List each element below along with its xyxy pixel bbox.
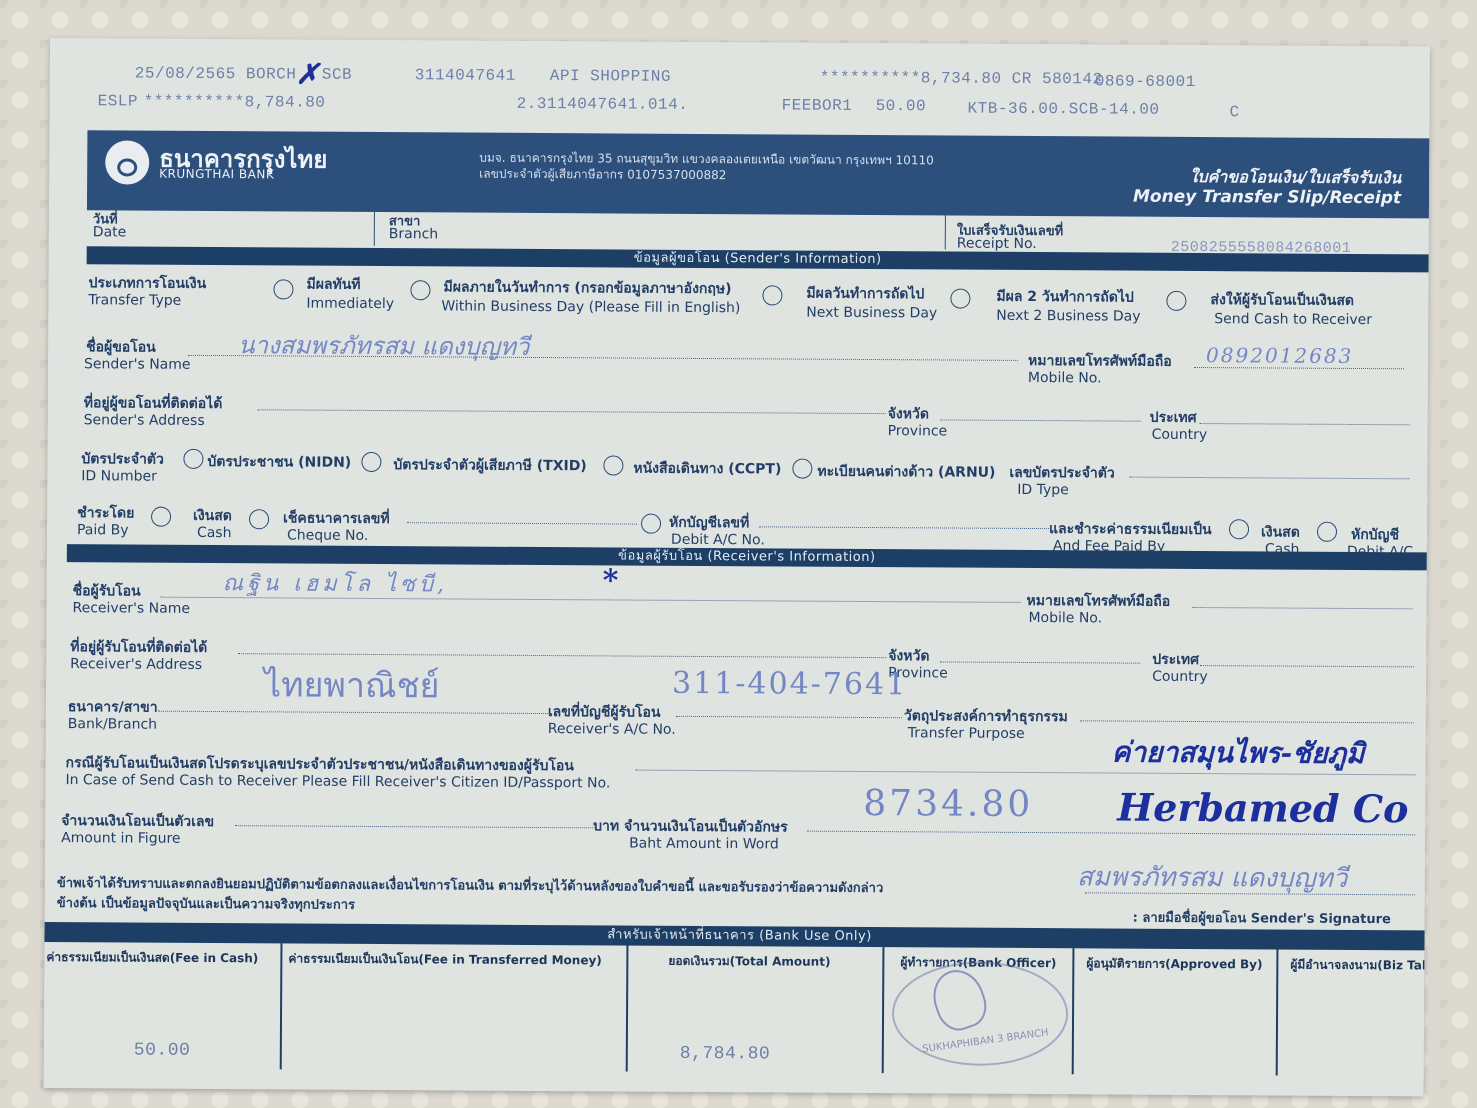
money-transfer-slip: 25/08/2565 BORCH ✗ SCB 3114047641 API SH… xyxy=(44,38,1430,1096)
stamp-text: SUKHAPHIBAN 3 BRANCH xyxy=(922,1027,1050,1055)
sender-country-field[interactable] xyxy=(1200,423,1410,425)
biz-talk-header: ผู้มีอำนาจลงนาม(Biz Talk) xyxy=(1290,956,1430,976)
option-send-cash-th: ส่งให้ผู้รับโอนเป็นเงินสด xyxy=(1210,289,1354,312)
branch-stamp-icon: SUKHAPHIBAN 3 BRANCH xyxy=(892,961,1069,1066)
purpose-value[interactable]: ค่ายาสมุนไพร-ชัยภูมิ xyxy=(1112,730,1365,776)
fee-cash-header: ค่าธรรมเนียมเป็นเงินสด(Fee in Cash) xyxy=(46,948,258,968)
sender-mobile-label-en: Mobile No. xyxy=(1028,370,1102,386)
asterisk-mark-icon: ✗ xyxy=(296,58,320,91)
id-type-label-en: ID Type xyxy=(1017,482,1069,498)
debit-account-field[interactable] xyxy=(759,526,1049,529)
sender-section-title: ข้อมูลผู้ขอโอน (Sender's Information) xyxy=(634,251,882,268)
bank-branch-label-en: Bank/Branch xyxy=(68,716,157,733)
amount-figure-value[interactable]: 8734.80 xyxy=(863,783,1033,825)
radio-send-cash[interactable] xyxy=(1166,291,1186,311)
sender-country-label-th: ประเทศ xyxy=(1150,407,1197,429)
receiver-province-field[interactable] xyxy=(940,661,1140,663)
radio-paid-cash[interactable] xyxy=(151,507,171,527)
option-within-day-en: Within Business Day (Please Fill in Engl… xyxy=(441,298,740,316)
receiver-country-label-th: ประเทศ xyxy=(1152,649,1199,671)
radio-id-ccpt[interactable] xyxy=(603,455,623,475)
radio-next-business-day[interactable] xyxy=(762,285,782,305)
print-bank: SCB xyxy=(322,66,352,84)
receiver-address-label-en: Receiver's Address xyxy=(70,656,202,673)
print-ref: 0869-68001 xyxy=(1095,72,1196,91)
option-next-day-en: Next Business Day xyxy=(806,305,937,322)
print-flag: C xyxy=(1230,103,1240,121)
option-within-day-th: มีผลภายในวันทำการ (กรอกข้อมูลภาษาอังกฤษ) xyxy=(443,276,731,300)
fee-debit-th: หักบัญชี xyxy=(1351,524,1399,546)
receiver-account-value[interactable]: 311-404-7641 xyxy=(672,666,907,702)
paid-by-label-en: Paid By xyxy=(77,522,129,538)
receiver-section-title: ข้อมูลผู้รับโอน (Receiver's Information) xyxy=(618,548,876,565)
sender-mobile-value[interactable]: 0892012683 xyxy=(1206,343,1353,368)
option-send-cash-en: Send Cash to Receiver xyxy=(1214,311,1372,328)
option-next-2-day-en: Next 2 Business Day xyxy=(996,308,1140,325)
fee-transferred-header: ค่าธรรมเนียมเป็นเงินโอน(Fee in Transferr… xyxy=(288,949,602,970)
print-fee: 50.00 xyxy=(876,97,927,115)
receiver-account-label-en: Receiver's A/C No. xyxy=(548,721,676,738)
print-payee: API SHOPPING xyxy=(550,67,671,86)
date-label-en: Date xyxy=(93,224,127,240)
radio-paid-cheque[interactable] xyxy=(249,509,269,529)
print-amount-cr: **********8,734.80 CR 580142 xyxy=(820,69,1103,89)
sender-province-label-en: Province xyxy=(888,423,948,439)
radio-fee-debit[interactable] xyxy=(1317,522,1337,542)
slip-title-en: Money Transfer Slip/Receipt xyxy=(1133,187,1401,209)
radio-id-nidn[interactable] xyxy=(183,449,203,469)
id-option-arnu: ทะเบียนคนต่างด้าว (ARNU) xyxy=(817,461,995,484)
krungthai-bird-logo-icon xyxy=(105,140,149,184)
print-account-ref: 2.3114047641.014. xyxy=(517,95,689,114)
fee-cash-th: เงินสด xyxy=(1261,521,1300,543)
sender-signature-label: : ลายมือชื่อผู้ขอโอน Sender's Signature xyxy=(1133,907,1391,930)
id-option-ccpt: หนังสือเดินทาง (CCPT) xyxy=(633,458,781,481)
citizen-id-label-en: In Case of Send Cash to Receiver Please … xyxy=(65,772,610,791)
debit-label-en: Debit A/C No. xyxy=(671,532,765,549)
bank-use-title: สำหรับเจ้าหน้าที่ธนาคาร (Bank Use Only) xyxy=(607,927,872,944)
print-fee-code: FEEBOR1 xyxy=(782,96,853,114)
sender-address-label-en: Sender's Address xyxy=(84,412,205,429)
id-option-txid: บัตรประจำตัวผู้เสียภาษี (TXID) xyxy=(393,454,586,477)
radio-id-txid[interactable] xyxy=(361,452,381,472)
purpose-label-en: Transfer Purpose xyxy=(908,725,1025,742)
radio-within-business-day[interactable] xyxy=(410,280,430,300)
sender-province-field[interactable] xyxy=(941,419,1141,421)
receipt-label-en: Receipt No. xyxy=(957,236,1037,252)
amount-word-value[interactable]: Herbamed Co xyxy=(1117,785,1408,832)
receiver-name-label-en: Receiver's Name xyxy=(72,600,190,617)
sender-name-value[interactable]: นางสมพรภัทรสม แดงบุญทวี xyxy=(238,325,529,366)
consent-line-2: ข้างต้น เป็นข้อมูลปัจจุบันและเป็นความจริ… xyxy=(57,892,355,915)
receiver-mobile-label-en: Mobile No. xyxy=(1028,610,1102,626)
id-number-field[interactable] xyxy=(1129,477,1409,480)
print-total-masked: **********8,784.80 xyxy=(144,93,326,112)
bank-tax-id: เลขประจำตัวผู้เสียภาษีอากร 0107537000882 xyxy=(479,165,726,186)
fee-cash-value: 50.00 xyxy=(134,1041,191,1061)
radio-id-arnu[interactable] xyxy=(792,459,812,479)
paid-cash-th: เงินสด xyxy=(193,505,232,527)
sender-address-field[interactable] xyxy=(258,409,886,414)
print-fee-split: KTB-36.00.SCB-14.00 xyxy=(968,100,1160,119)
amount-figure-label-en: Amount in Figure xyxy=(61,830,181,847)
print-account: 3114047641 xyxy=(415,66,516,85)
branch-label-en: Branch xyxy=(389,226,438,242)
sender-name-label-en: Sender's Name xyxy=(84,356,191,373)
radio-next-2-business-day[interactable] xyxy=(950,289,970,309)
id-option-nidn: บัตรประชาชน (NIDN) xyxy=(207,451,351,474)
cheque-label-en: Cheque No. xyxy=(287,527,368,543)
option-immediately-en: Immediately xyxy=(306,296,394,313)
id-label-en: ID Number xyxy=(81,468,157,484)
receiver-name-label-th: ชื่อผู้รับโอน xyxy=(73,580,141,602)
receiver-province-label-th: จังหวัด xyxy=(888,645,929,667)
print-code: ESLP xyxy=(98,92,139,110)
approved-by-header: ผู้อนุมัติรายการ(Approved By) xyxy=(1086,954,1262,974)
baht-word-label-en: Baht Amount in Word xyxy=(629,836,779,853)
paid-cash-en: Cash xyxy=(197,525,232,541)
total-amount-value: 8,784.80 xyxy=(680,1044,771,1065)
receiver-name-value[interactable]: ณฐิน เฮมโล ไซบี, xyxy=(223,565,448,601)
option-next-day-th: มีผลวันทำการถัดไป xyxy=(806,283,924,306)
asterisk-mark-icon: * xyxy=(603,563,619,598)
bank-use-table: ค่าธรรมเนียมเป็นเงินสด(Fee in Cash) ค่าธ… xyxy=(44,942,1430,1090)
receiver-bank-value[interactable]: ไทยพาณิชย์ xyxy=(264,657,440,712)
receiver-country-field[interactable] xyxy=(1200,665,1414,667)
bank-name-en: KRUNGTHAI BANK xyxy=(159,167,274,182)
sender-province-label-th: จังหวัด xyxy=(888,403,929,425)
total-amount-header: ยอดเงินรวม(Total Amount) xyxy=(668,952,830,972)
radio-paid-debit[interactable] xyxy=(641,514,661,534)
radio-immediately[interactable] xyxy=(273,279,293,299)
print-date-branch: 25/08/2565 BORCH xyxy=(135,65,297,84)
option-next-2-day-th: มีผล 2 วันทำการถัดไป xyxy=(996,286,1134,309)
radio-fee-cash[interactable] xyxy=(1229,519,1249,539)
header-band: ธนาคารกรุงไทย KRUNGTHAI BANK บมจ. ธนาคาร… xyxy=(87,130,1429,218)
transfer-type-label-en: Transfer Type xyxy=(88,292,181,309)
paid-by-label-th: ชำระโดย xyxy=(77,502,134,524)
receiver-country-label-en: Country xyxy=(1152,669,1208,685)
option-immediately-th: มีผลทันที xyxy=(306,274,360,296)
sender-country-label-en: Country xyxy=(1152,427,1208,443)
receiver-mobile-field[interactable] xyxy=(1193,607,1413,609)
cheque-number-field[interactable] xyxy=(407,522,637,524)
sender-name-label-th: ชื่อผู้ขอโอน xyxy=(86,336,156,358)
